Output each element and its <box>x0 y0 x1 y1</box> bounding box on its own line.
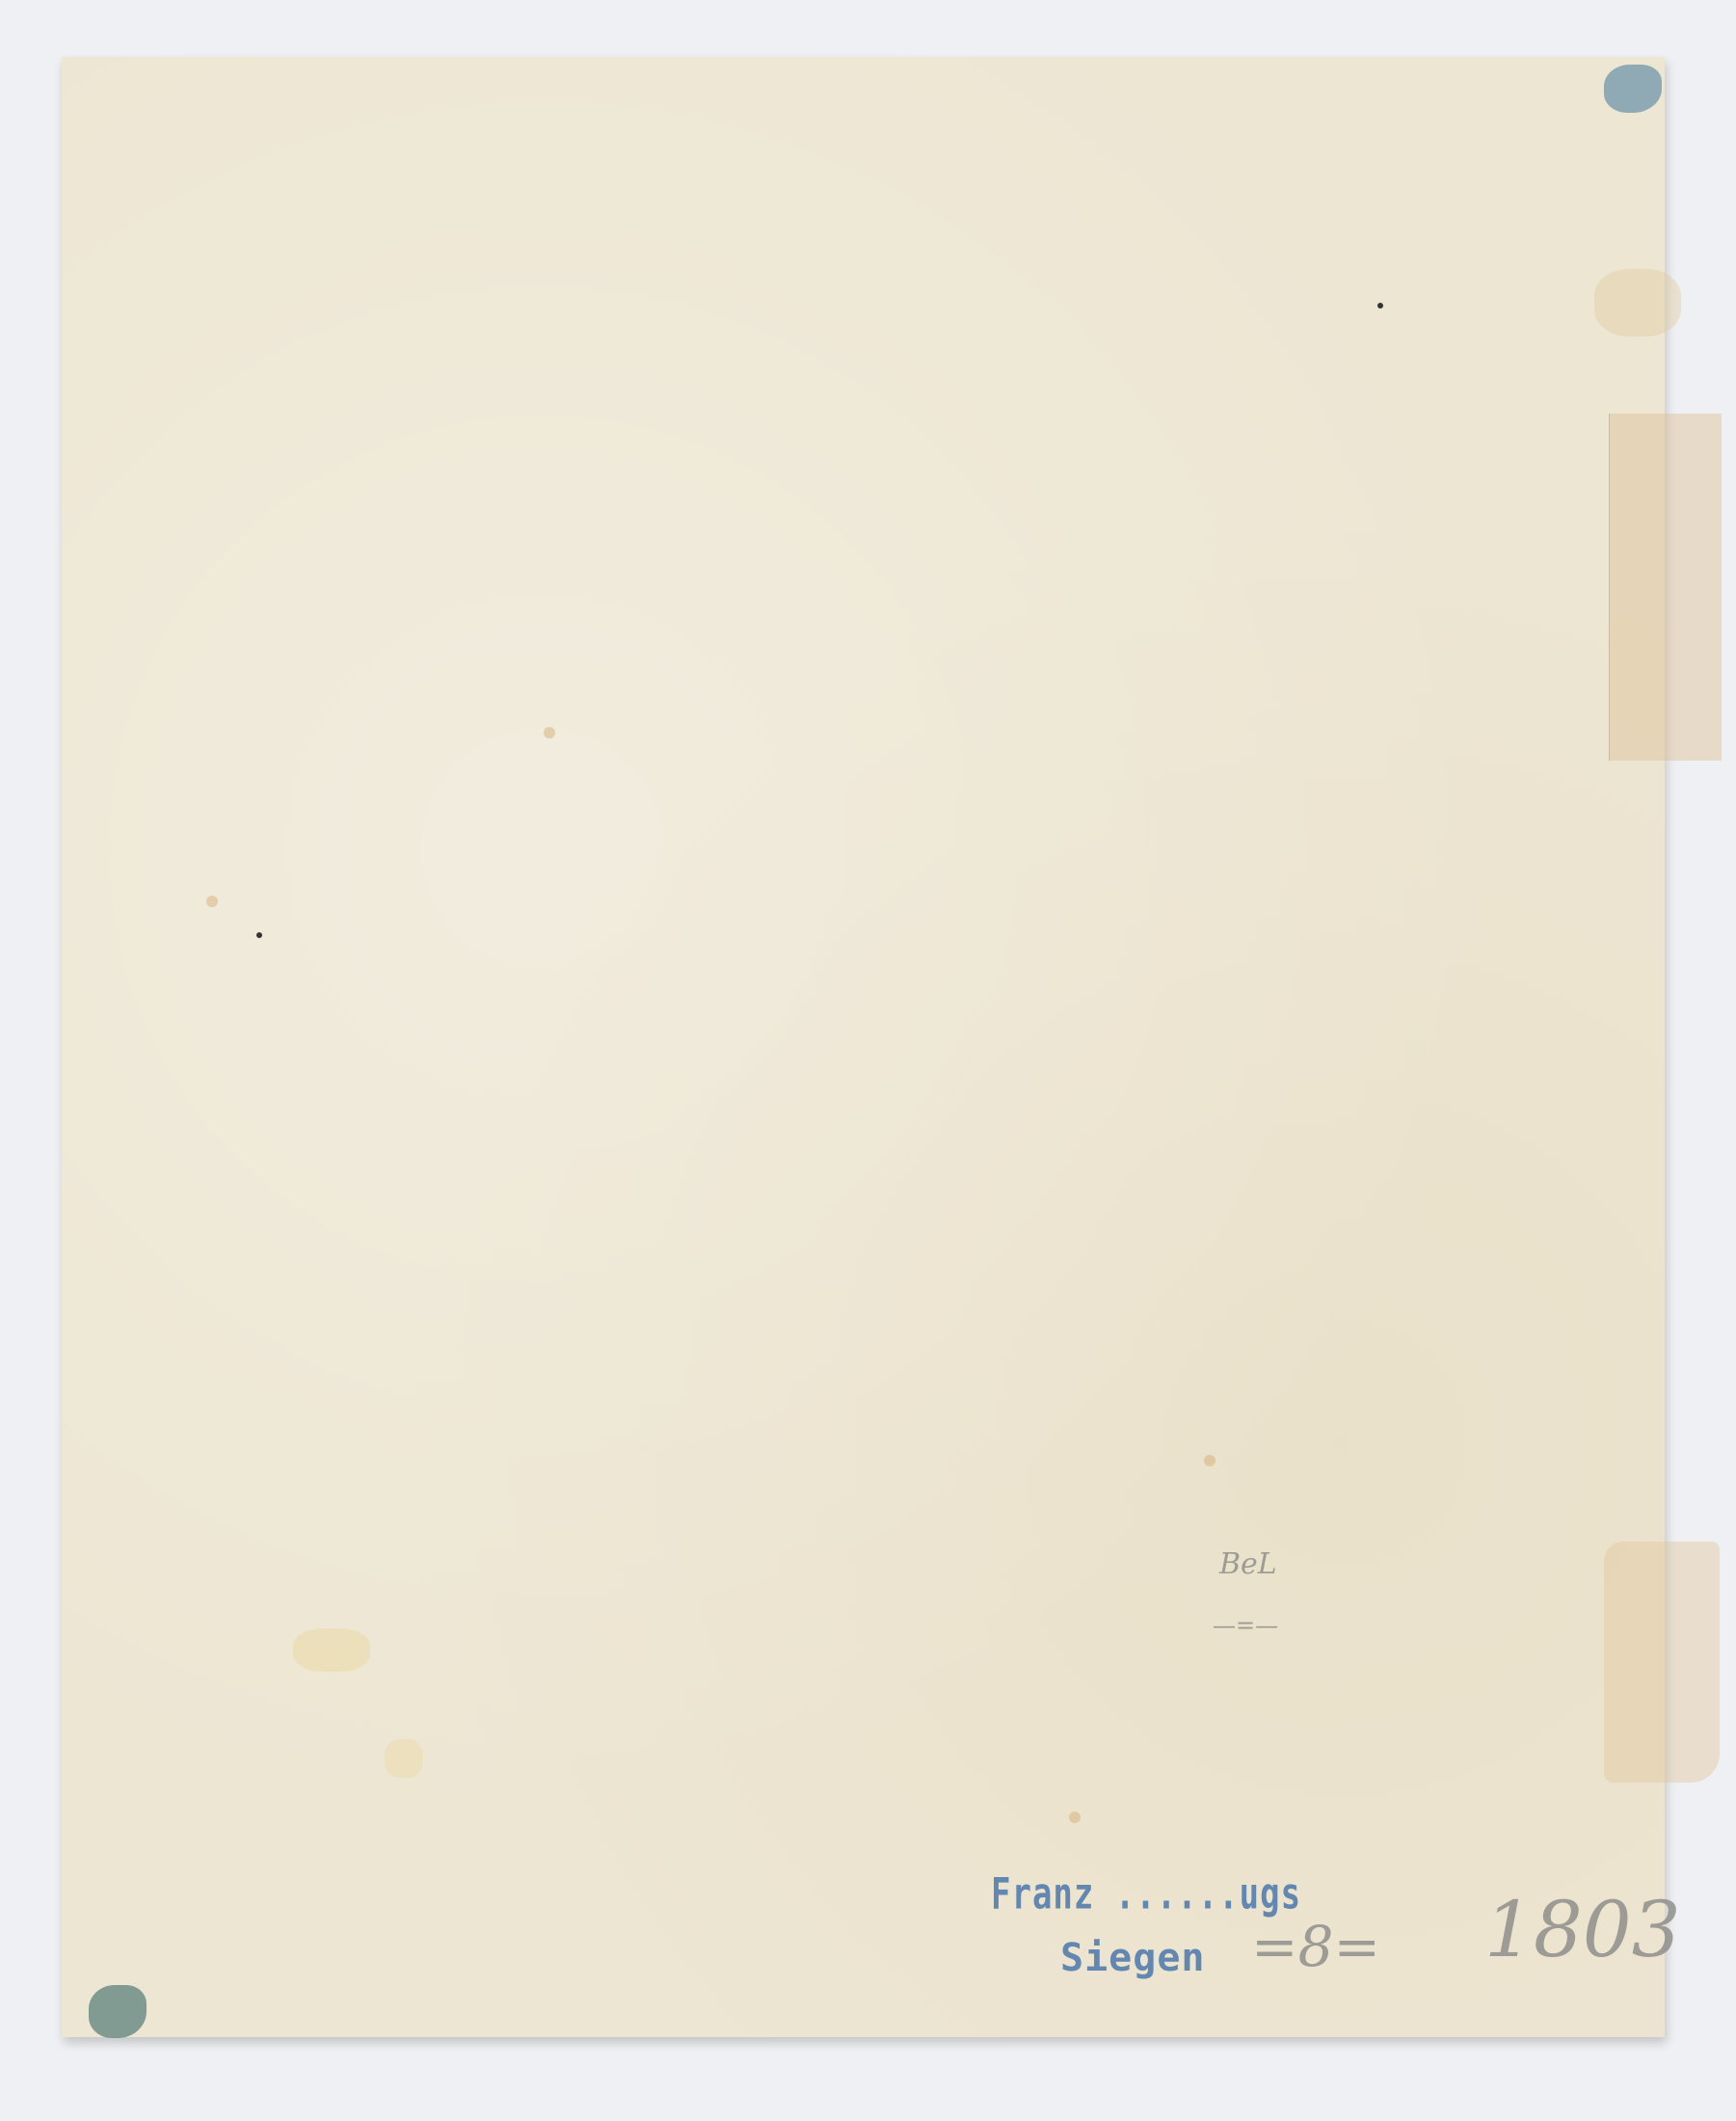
stain <box>385 1739 423 1778</box>
foxing-spot <box>544 727 555 738</box>
stamp-photographer-name: Franz ......ugs <box>991 1869 1301 1920</box>
speck <box>1377 303 1383 309</box>
foxing-spot <box>1069 1812 1081 1823</box>
pencil-inventory-number: 1803 <box>1484 1885 1681 1974</box>
foxing-spot <box>1204 1455 1215 1466</box>
blue-adhesive-residue-top-right <box>1604 65 1662 113</box>
paper-sheet <box>62 57 1665 2037</box>
tape-residue-right-upper <box>1609 414 1722 761</box>
stain <box>293 1628 370 1672</box>
stamp-city: Siegen <box>1060 1936 1206 1980</box>
pencil-initials: BeL <box>1219 1547 1277 1581</box>
foxing-spot <box>206 896 218 907</box>
pencil-price: =8= <box>1251 1914 1380 1979</box>
stain <box>1594 269 1681 336</box>
pencil-dash: —=— <box>1213 1612 1278 1639</box>
speck <box>256 932 262 938</box>
blue-adhesive-residue-bottom-left <box>89 1985 147 2038</box>
tape-residue-right-lower <box>1604 1542 1720 1783</box>
